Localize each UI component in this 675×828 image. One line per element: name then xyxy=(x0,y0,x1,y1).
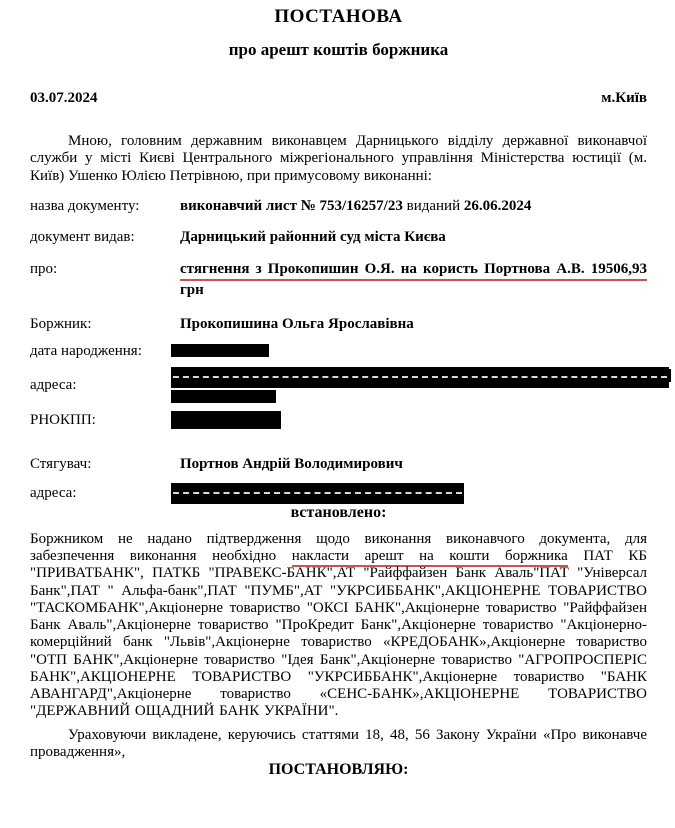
rnokpp-label: РНОКПП: xyxy=(30,411,180,429)
document-title: ПОСТАНОВА xyxy=(30,6,647,28)
field-about: про: стягнення з Прокопишин О.Я. на кори… xyxy=(30,260,647,299)
field-claimant: Стягувач: Портнов Андрій Володимирович xyxy=(30,455,647,473)
doc-name-issued-word: виданий xyxy=(407,198,460,214)
redaction-bar-birth-date xyxy=(171,344,269,357)
field-doc-name: назва документу: виконавчий лист № 753/1… xyxy=(30,197,647,215)
about-label: про: xyxy=(30,260,180,299)
doc-name-label: назва документу: xyxy=(30,197,180,215)
debtor-value: Прокопишина Ольга Ярославівна xyxy=(180,315,647,333)
closing-paragraph: Ураховуючи викладене, керуючись статтями… xyxy=(30,727,647,762)
document-city: м.Київ xyxy=(601,90,647,107)
doc-name-value: виконавчий лист № 753/16257/23 виданий 2… xyxy=(180,197,647,215)
field-debtor: Боржник: Прокопишина Ольга Ярославівна xyxy=(30,315,647,333)
field-debtor-address: адреса: xyxy=(30,367,647,403)
debtor-address-value xyxy=(180,367,669,403)
redaction-bar-rnokpp xyxy=(171,411,281,429)
birth-date-label: дата народження: xyxy=(30,342,180,360)
debtor-address-label: адреса: xyxy=(30,376,180,394)
redaction-bar-claimant-address xyxy=(171,483,464,504)
claimant-address-label: адреса: xyxy=(30,484,180,502)
document-subtitle: про арешт коштів боржника xyxy=(30,40,647,60)
doc-issuer-value: Дарницький районний суд міста Києва xyxy=(180,228,647,246)
doc-name-number: виконавчий лист № 753/16257/23 xyxy=(180,198,403,214)
birth-date-value xyxy=(180,344,647,357)
date-city-row: 03.07.2024 м.Київ xyxy=(30,90,647,107)
debtor-label: Боржник: xyxy=(30,315,180,333)
body-text-after: ПАТ КБ "ПРИВАТБАНК", ПАТКБ "ПРАВЕКС-БАНК… xyxy=(30,548,647,719)
body-paragraph: Боржником не надано підтвердження щодо в… xyxy=(30,531,647,721)
about-underlined-text: стягнення з Прокопишин О.Я. на користь П… xyxy=(180,260,647,281)
doc-issuer-label: документ видав: xyxy=(30,228,180,246)
redaction-bar-debtor-address-line1 xyxy=(171,367,669,388)
rnokpp-value xyxy=(180,411,647,429)
document-page: ПОСТАНОВА про арешт коштів боржника 03.0… xyxy=(0,0,675,828)
field-claimant-address: адреса: xyxy=(30,483,647,504)
about-value: стягнення з Прокопишин О.Я. на користь П… xyxy=(180,260,647,299)
field-birth-date: дата народження: xyxy=(30,342,647,360)
field-rnokpp: РНОКПП: xyxy=(30,411,647,429)
intro-paragraph: Мною, головним державним виконавцем Дарн… xyxy=(30,133,647,185)
claimant-address-value xyxy=(180,483,647,504)
redaction-bar-debtor-address-line2 xyxy=(171,390,276,403)
body-underlined-phrase: накласти арешт на кошти боржника xyxy=(292,548,568,567)
about-tail-text: грн xyxy=(180,282,204,298)
resolution-heading: ПОСТАНОВЛЯЮ: xyxy=(30,761,647,779)
field-doc-issuer: документ видав: Дарницький районний суд … xyxy=(30,228,647,246)
claimant-value: Портнов Андрій Володимирович xyxy=(180,455,647,473)
doc-name-issue-date: 26.06.2024 xyxy=(464,198,532,214)
document-date: 03.07.2024 xyxy=(30,90,98,107)
claimant-label: Стягувач: xyxy=(30,455,180,473)
established-heading: встановлено: xyxy=(30,504,647,522)
